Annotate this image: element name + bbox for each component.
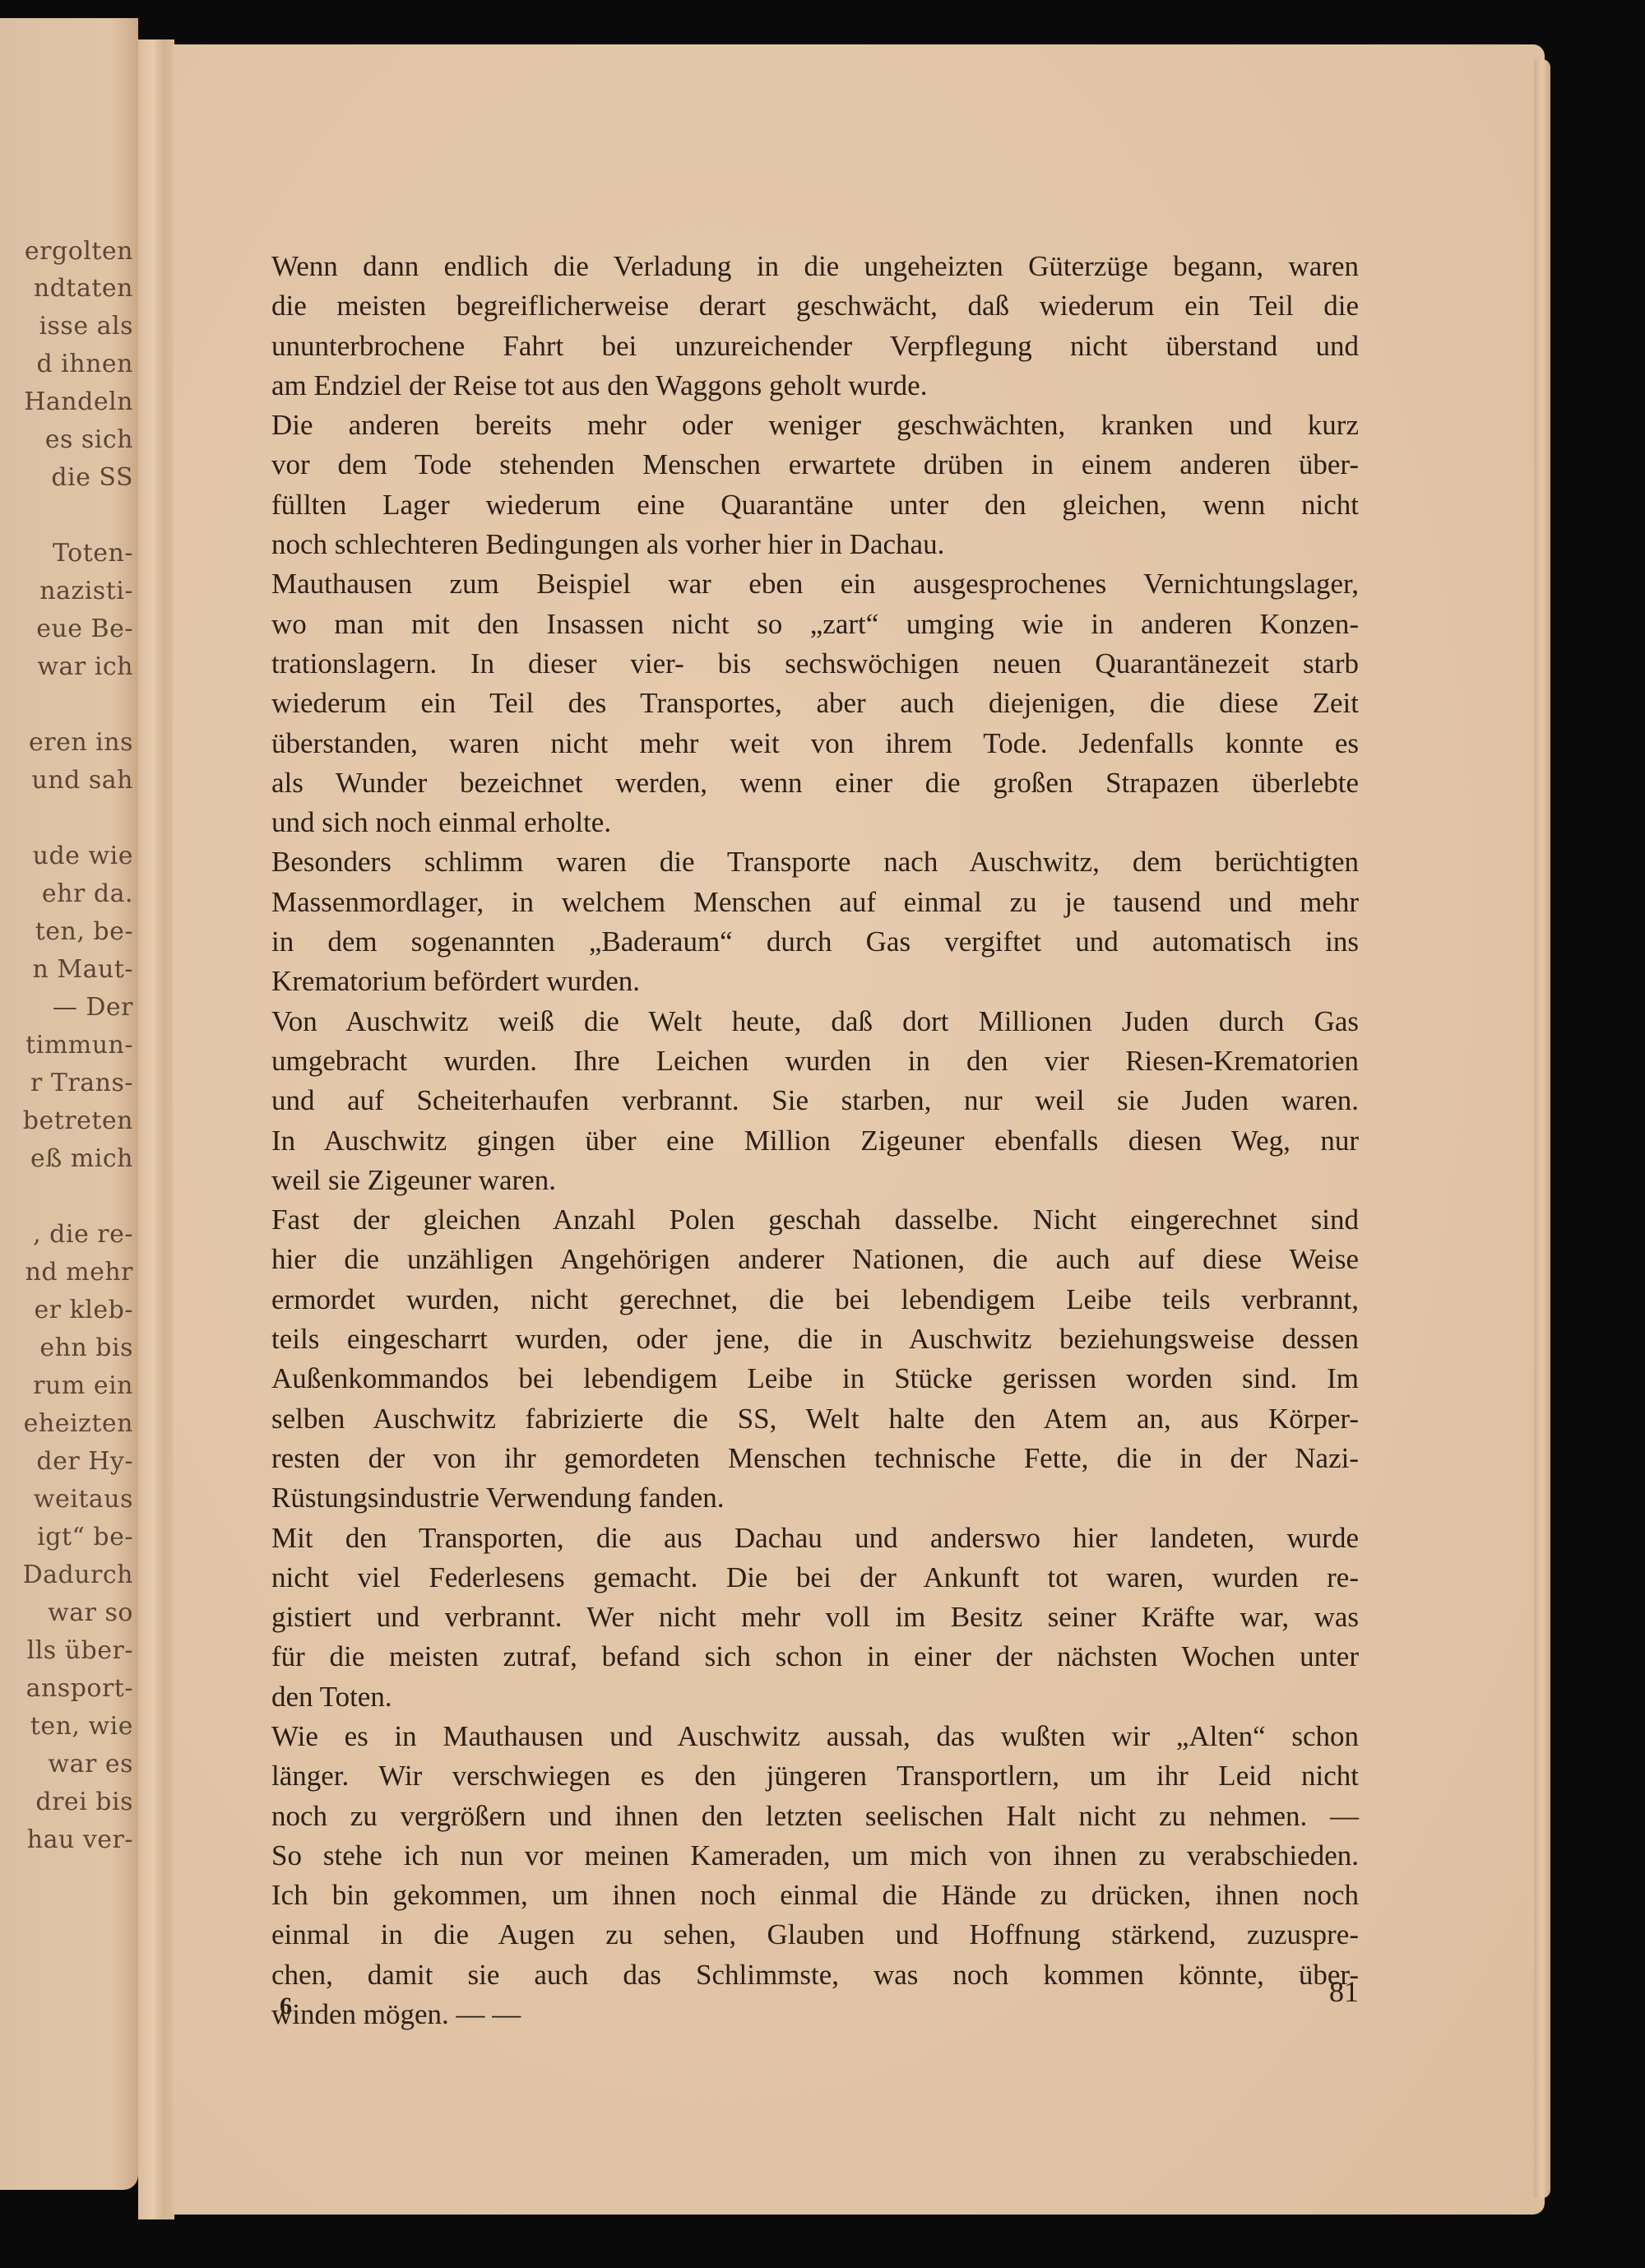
text-line: Die anderen bereits mehr oder weniger ge… [271,406,1359,445]
text-line: Wie es in Mauthausen und Auschwitz aussa… [271,1717,1359,1756]
text-line: gistiert und verbrannt. Wer nicht mehr v… [271,1598,1359,1637]
left-page-fragment: nd mehr [25,1260,133,1285]
text-line: ermordet wurden, nicht gerechnet, die be… [271,1280,1359,1320]
left-page-fragment: ndtaten [34,276,133,301]
left-page-fragment: eheizten [24,1412,133,1436]
left-page-fragment: eren ins [29,730,133,755]
left-page: ergoltenndtatenisse alsd ihnenHandelnes … [0,18,138,2190]
text-line: wo man mit den Insassen nicht so „zart“ … [271,605,1359,644]
text-line: So stehe ich nun vor meinen Kameraden, u… [271,1836,1359,1876]
left-page-fragment: eue Be- [36,617,133,642]
text-line: einmal in die Augen zu sehen, Glauben un… [271,1915,1359,1955]
page-stack-edge [1534,59,1550,2198]
left-page-fragment: ten, be- [35,920,133,944]
left-page-fragment: Dadurch [23,1563,133,1588]
left-page-fragment: die SS [51,466,133,490]
left-page-fragment: ten, wie [30,1714,133,1739]
text-line: wiederum ein Teil des Transportes, aber … [271,684,1359,723]
left-page-fragment: war es [48,1752,133,1777]
text-line: Wenn dann endlich die Verladung in die u… [271,247,1359,286]
text-line: ununterbrochene Fahrt bei unzureichender… [271,327,1359,366]
left-page-fragment: ansport- [26,1677,133,1701]
text-line: teils eingescharrt wurden, oder jene, di… [271,1320,1359,1359]
page-number: 81 [1329,1974,1359,2009]
text-line: Besonders schlimm waren die Transporte n… [271,842,1359,882]
left-page-fragment: der Hy- [36,1449,133,1474]
left-page-fragment: hau ver- [27,1828,133,1853]
left-page-fragment: war ich [37,655,133,679]
text-line: länger. Wir verschwiegen es den jüngeren… [271,1756,1359,1796]
left-page-fragment: timmun- [25,1033,133,1058]
text-line: nicht viel Federlesens gemacht. Die bei … [271,1558,1359,1598]
left-page-fragment: isse als [39,314,133,339]
text-line: Rüstungsindustrie Verwendung fanden. [271,1478,1359,1518]
text-line: vor dem Tode stehenden Menschen erwartet… [271,445,1359,485]
text-line: umgebracht wurden. Ihre Leichen wurden i… [271,1041,1359,1081]
text-line: den Toten. [271,1677,1359,1717]
left-page-fragment: war so [48,1601,133,1626]
left-page-fragment: ude wie [33,844,133,869]
text-line: Massenmordlager, in welchem Menschen auf… [271,883,1359,922]
text-line: überstanden, waren nicht mehr weit von i… [271,724,1359,763]
text-line: In Auschwitz gingen über eine Million Zi… [271,1121,1359,1161]
page-footer: 6 81 [271,1974,1359,2015]
page-body-text: Wenn dann endlich die Verladung in die u… [271,247,1359,2034]
left-page-fragment: und sah [32,768,134,793]
left-page-fragment: ehn bis [39,1336,133,1361]
text-line: und auf Scheiterhaufen verbrannt. Sie st… [271,1081,1359,1120]
text-line: resten der von ihr gemordeten Menschen t… [271,1439,1359,1478]
left-page-fragment: ehr da. [42,882,133,907]
book-gutter [138,39,174,2219]
text-line: Krematorium befördert wurden. [271,962,1359,1001]
text-line: trationslagern. In dieser vier- bis sech… [271,644,1359,684]
text-line: selben Auschwitz fabrizierte die SS, Wel… [271,1399,1359,1439]
left-page-fragment: betreten [23,1109,133,1134]
left-page-fragment: d ihnen [36,352,133,377]
text-line: Ich bin gekommen, um ihnen noch einmal d… [271,1876,1359,1915]
left-page-fragment: r Trans- [30,1071,133,1096]
left-page-fragment: Toten- [53,541,133,566]
text-line: noch schlechteren Bedingungen als vorher… [271,525,1359,564]
left-page-fragment: n Maut- [33,958,133,982]
text-line: Von Auschwitz weiß die Welt heute, daß d… [271,1002,1359,1041]
left-page-fragment: weitaus [34,1487,133,1512]
left-page-fragment: — Der [53,995,133,1020]
text-line: Mauthausen zum Beispiel war eben ein aus… [271,564,1359,604]
text-line: hier die unzähligen Angehörigen anderer … [271,1240,1359,1279]
text-line: Mit den Transporten, die aus Dachau und … [271,1519,1359,1558]
left-page-fragment: , die re- [33,1222,133,1247]
text-line: Fast der gleichen Anzahl Polen geschah d… [271,1200,1359,1240]
left-page-fragment: eß mich [30,1147,133,1171]
left-page-fragment: lls über- [27,1639,133,1663]
text-line: in dem sogenannten „Baderaum“ durch Gas … [271,922,1359,962]
text-line: weil sie Zigeuner waren. [271,1161,1359,1200]
left-page-fragment: Handeln [24,390,133,415]
left-page-fragment: rum ein [33,1374,133,1398]
text-line: als Wunder bezeichnet werden, wenn einer… [271,763,1359,803]
text-line: noch zu vergrößern und ihnen den letzten… [271,1797,1359,1836]
text-line: für die meisten zutraf, befand sich scho… [271,1637,1359,1677]
left-page-fragment: nazisti- [39,579,133,604]
left-page-fragment: igt“ be- [37,1525,133,1550]
text-line: Außenkommandos bei lebendigem Leibe in S… [271,1359,1359,1398]
text-line: am Endziel der Reise tot aus den Waggons… [271,366,1359,406]
left-page-fragment: er kleb- [35,1298,134,1323]
left-page-fragment: es sich [45,428,133,452]
left-page-fragment: drei bis [35,1790,133,1815]
text-line: und sich noch einmal erholte. [271,803,1359,842]
signature-mark: 6 [280,1992,292,2020]
text-line: die meisten begreiflicherweise derart ge… [271,286,1359,326]
text-line: füllten Lager wiederum eine Quarantäne u… [271,485,1359,525]
left-page-fragment: ergolten [25,239,133,264]
